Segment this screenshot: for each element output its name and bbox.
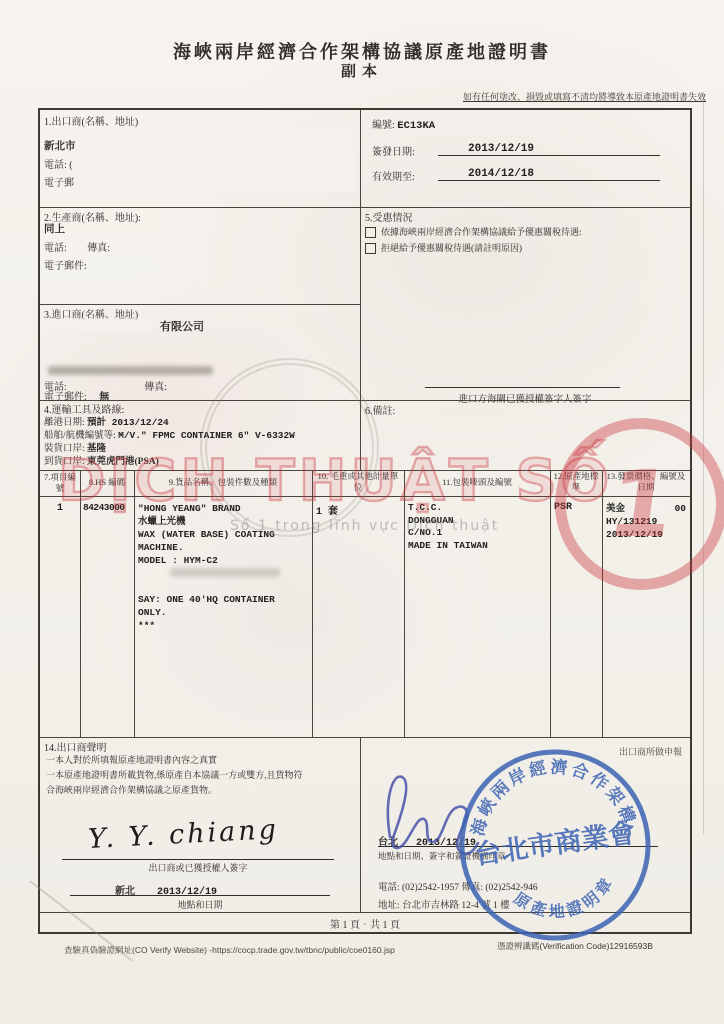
redaction-block [95, 128, 355, 192]
description-line: SAY: ONE 40'HQ CONTAINER [138, 593, 310, 606]
description-line: *** [138, 619, 310, 632]
producer-value: 同上 [44, 221, 65, 236]
preferential-option-1-label: 依據海峽兩岸經濟合作架構協議給予優惠關稅待遇: [381, 227, 582, 237]
issue-date-value: 2013/12/19 [468, 143, 534, 155]
exporter-signature-handwriting: Y. Y. chiang [87, 814, 279, 855]
preferential-option-2-label: 拒絕給予優惠關稅待遇(請註明原因) [381, 243, 522, 253]
place-date-caption: 地點和日期 [70, 898, 330, 911]
expiry-date-value: 2014/12/18 [468, 168, 534, 180]
producer-fax-label: 傳真: [87, 243, 110, 254]
transport-departure: 離港日期: 預計 2013/12/24 [44, 414, 169, 428]
producer-phone-row: 電話: 傳真: [44, 239, 110, 254]
checkbox-icon [365, 243, 376, 254]
importer-company: 有限公司 [160, 318, 204, 334]
page-subtitle: 副本 [0, 60, 724, 81]
redaction-smear [48, 366, 213, 375]
verify-url-line: 查驗真偽驗證網址(CO Verify Website) -https://coc… [64, 944, 395, 956]
redaction-block [48, 319, 153, 333]
translation-watermark-subtext: Số 1 trong lĩnh vực Dịch thuật [230, 518, 499, 534]
place-date-line: 新北 2013/12/19 [70, 881, 330, 896]
watermark-badge-digit: 1 [601, 451, 680, 558]
description-line: MACHINE. [138, 541, 310, 554]
certificate-number-row: 編號: EC13KA [372, 116, 435, 132]
exporter-phone-label: 電話: ( [44, 156, 73, 171]
declaration-line-3: 合海峽兩岸經濟合作架構協議之原產貨物。 [46, 783, 217, 796]
producer-box: 2.生產商(名稱、地址): 同上 電話: 傳真: 電子郵件: [40, 207, 360, 304]
certificate-number-label: 編號: [372, 120, 395, 131]
exporter-label: 1.出口商(名稱、地址) [44, 113, 138, 128]
verification-code: 憑證辨識碼(Verification Code)12916593B [497, 940, 653, 952]
issue-date-underline: 2013/12/19 [438, 138, 660, 156]
preferential-box: 5.受惠情況 依據海峽兩岸經濟合作架構協議給予優惠關稅待遇: 拒絕給予優惠關稅待… [360, 207, 690, 400]
declaration-line-1: 一本人對於所填報原產地證明書內容之真實 [46, 753, 217, 766]
preferential-option-2: 拒絕給予優惠關稅待遇(請註明原因) [365, 241, 522, 254]
stamp-center-text: 台北市商業會 [472, 817, 637, 870]
scanned-certificate-page: 海峽兩岸經濟合作架構協議原產地證明書 副本 如有任何塗改、損毀或填寫不清均將導致… [0, 0, 724, 1024]
declaration-date: 2013/12/19 [157, 887, 217, 898]
preferential-label: 5.受惠情況 [365, 209, 413, 224]
watermark-number-badge: 1 [555, 418, 724, 590]
redaction-smear [170, 568, 280, 577]
certificate-number-value: EC13KA [397, 120, 435, 132]
expiry-date-label: 有效期至: [372, 168, 415, 183]
description-line: ONLY. [138, 606, 310, 619]
customs-signature-caption: 進口方海關已獲授權簽字人簽字 [405, 391, 645, 405]
marks-line: MADE IN TAIWAN [408, 540, 548, 553]
customs-signature-line [425, 387, 620, 388]
issue-date-label: 簽發日期: [372, 143, 415, 158]
checkbox-icon [365, 227, 376, 238]
declaration-label: 14.出口商聲明 [44, 739, 107, 754]
certificate-meta-box: 編號: EC13KA 簽發日期: 2013/12/19 有效期至: 2014/1… [360, 110, 690, 207]
declaration-place: 新北 [115, 886, 135, 897]
tamper-warning: 如有任何塗改、損毀或填寫不清均將導致本原產地證明書失效 [463, 90, 706, 103]
certification-box: 出口商所做申報 台北 2013/12/19 地點和日期、簽字和簽證機構印章 電話… [360, 737, 690, 912]
translation-watermark-text: DỊCH THUẬT SỐ [58, 448, 613, 514]
exporter-signature-line [62, 859, 334, 860]
exporter-box: 1.出口商(名稱、地址) 新北市 電話: ( 電子郵 [40, 110, 360, 207]
expiry-date-underline: 2014/12/18 [438, 163, 660, 181]
preferential-option-1: 依據海峽兩岸經濟合作架構協議給予優惠關稅待遇: [365, 225, 582, 238]
importer-fax-label: 傳真: [144, 382, 167, 393]
exporter-city: 新北市 [44, 138, 76, 153]
declaration-box: 14.出口商聲明 一本人對於所填報原產地證明書內容之真實 一本原產地證明書所載貨… [40, 737, 360, 912]
exporter-signature-caption: 出口商或已獲授權人簽字 [62, 861, 334, 874]
producer-email-label: 電子郵件: [44, 257, 87, 272]
page-count: 第 1 頁‧共 1 頁 [40, 916, 690, 931]
declaration-line-2: 一本原產地證明書所載貨物,係原產自本協議一方或雙方,且貨物符 [46, 768, 376, 781]
exporter-email-label: 電子郵 [44, 174, 74, 189]
description-line: MODEL : HYM-C2 [138, 554, 310, 567]
producer-phone-label: 電話: [44, 243, 67, 254]
